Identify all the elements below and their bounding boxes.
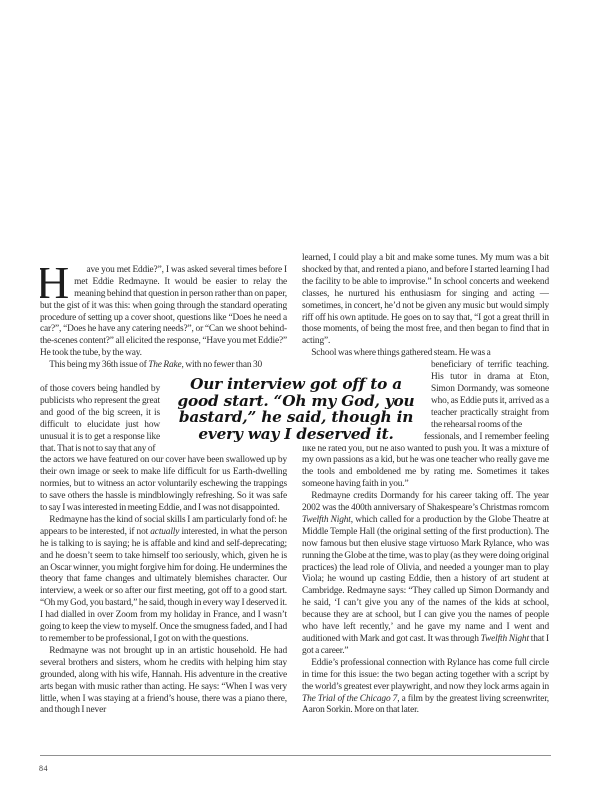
left-column-top-segment: “Have you met Eddie?”, I was asked sever…: [40, 253, 287, 384]
right-column-top-segment: learned, I could play a bit and make som…: [302, 253, 549, 360]
footer-rule: [40, 755, 551, 756]
body-text: ave you met Eddie?”, I was asked several…: [40, 265, 287, 370]
pull-quote: Our interview got off to a good start. “…: [168, 373, 424, 446]
right-column-narrow-segment: beneficiary of terrific teaching. His tu…: [431, 360, 549, 431]
left-column-narrow-segment: of those covers being handled by publici…: [40, 384, 160, 455]
magazine-page: “Have you met Eddie?”, I was asked sever…: [0, 0, 595, 800]
right-column-bottom-segment: West End. “He treated us like profession…: [302, 432, 549, 718]
dropcap-letter: H: [40, 266, 69, 300]
dropcap: “H: [40, 266, 69, 300]
left-column-bottom-segment: the actors we have featured on our cover…: [40, 455, 287, 717]
right-column: learned, I could play a bit and make som…: [302, 253, 549, 717]
left-column: “Have you met Eddie?”, I was asked sever…: [40, 253, 287, 717]
page-number: 84: [39, 764, 48, 773]
